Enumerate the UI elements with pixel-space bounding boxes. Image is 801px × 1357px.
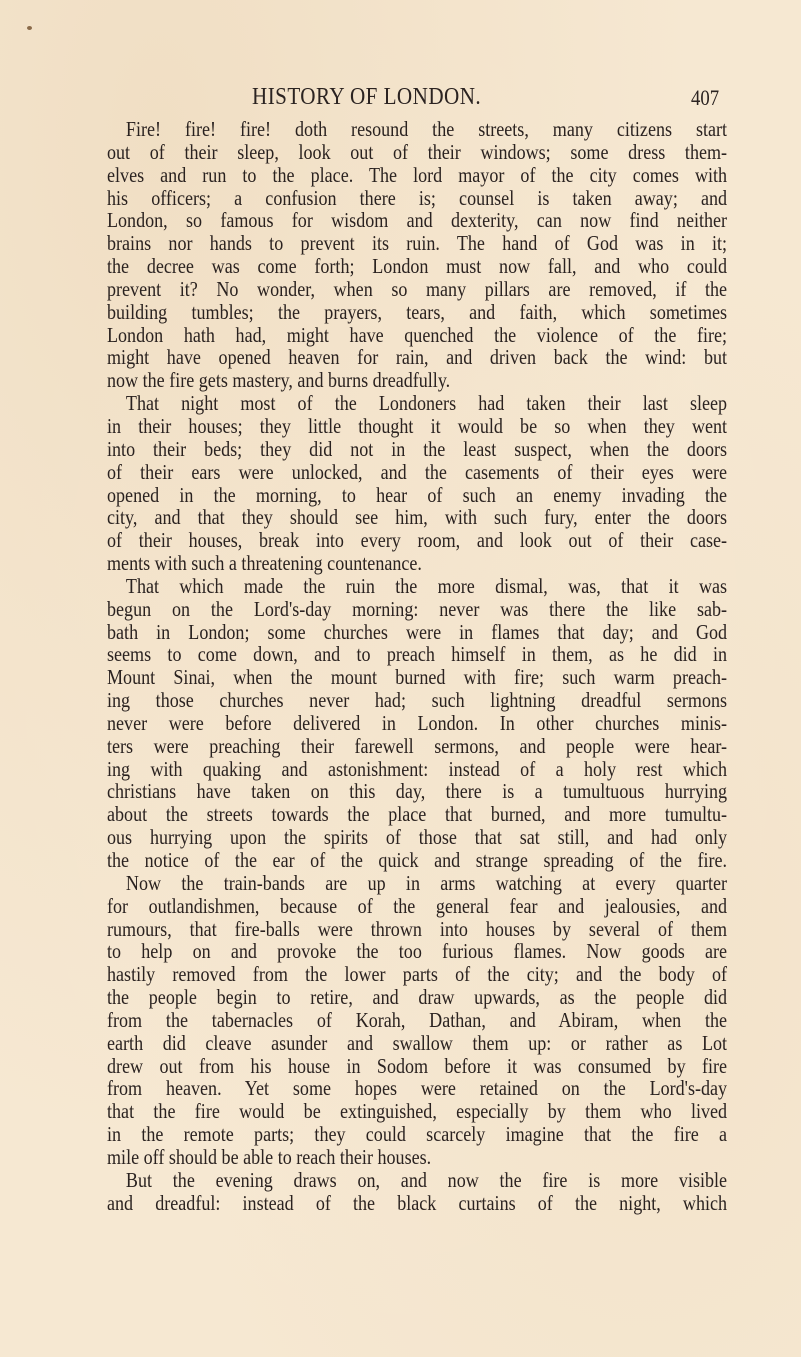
text-line: that the fire would be extinguished, esp… bbox=[107, 1100, 727, 1123]
text-line: ments with such a threatening countenanc… bbox=[107, 552, 727, 575]
text-line: the people begin to retire, and draw upw… bbox=[107, 986, 727, 1009]
text-line: Now the train-bands are up in arms watch… bbox=[107, 872, 727, 895]
text-line: mile off should be able to reach their h… bbox=[107, 1146, 727, 1169]
text-line: from heaven. Yet some hopes were retaine… bbox=[107, 1077, 727, 1100]
paragraph: But the evening draws on, and now the fi… bbox=[107, 1169, 727, 1215]
text-line: Mount Sinai, when the mount burned with … bbox=[107, 666, 727, 689]
page-header: HISTORY OF LONDON. 407 bbox=[0, 84, 801, 110]
text-line: London, so famous for wisdom and dexteri… bbox=[107, 209, 727, 232]
text-line: in the remote parts; they could scarcely… bbox=[107, 1123, 727, 1146]
text-line: seems to come down, and to preach himsel… bbox=[107, 643, 727, 666]
text-line: bath in London; some churches were in fl… bbox=[107, 621, 727, 644]
text-line: ing those churches never had; such light… bbox=[107, 689, 727, 712]
text-line: building tumbles; the prayers, tears, an… bbox=[107, 301, 727, 324]
text-line: and dreadful: instead of the black curta… bbox=[107, 1192, 727, 1215]
text-line: of their houses, break into every room, … bbox=[107, 529, 727, 552]
text-line: of their ears were unlocked, and the cas… bbox=[107, 461, 727, 484]
paragraph: Now the train-bands are up in arms watch… bbox=[107, 872, 727, 1169]
text-line: elves and run to the place. The lord may… bbox=[107, 164, 727, 187]
text-line: hastily removed from the lower parts of … bbox=[107, 963, 727, 986]
text-line: ters were preaching their farewell sermo… bbox=[107, 735, 727, 758]
text-line: ing with quaking and astonishment: inste… bbox=[107, 758, 727, 781]
text-line: brains nor hands to prevent its ruin. Th… bbox=[107, 232, 727, 255]
paragraph: Fire! fire! fire! doth resound the stree… bbox=[107, 118, 727, 392]
text-line: But the evening draws on, and now the fi… bbox=[107, 1169, 727, 1192]
text-line: That night most of the Londoners had tak… bbox=[107, 392, 727, 415]
text-line: earth did cleave asunder and swallow the… bbox=[107, 1032, 727, 1055]
text-line: to help on and provoke the too furious f… bbox=[107, 940, 727, 963]
text-line: into their beds; they did not in the lea… bbox=[107, 438, 727, 461]
text-line: prevent it? No wonder, when so many pill… bbox=[107, 278, 727, 301]
text-line: the notice of the ear of the quick and s… bbox=[107, 849, 727, 872]
text-line: London hath had, might have quenched the… bbox=[107, 324, 727, 347]
text-line: from the tabernacles of Korah, Dathan, a… bbox=[107, 1009, 727, 1032]
text-line: Fire! fire! fire! doth resound the stree… bbox=[107, 118, 727, 141]
paragraph: That night most of the Londoners had tak… bbox=[107, 392, 727, 575]
text-line: about the streets towards the place that… bbox=[107, 803, 727, 826]
text-line: for outlandishmen, because of the genera… bbox=[107, 895, 727, 918]
text-line: his officers; a confusion there is; coun… bbox=[107, 187, 727, 210]
text-line: drew out from his house in Sodom before … bbox=[107, 1055, 727, 1078]
text-line: out of their sleep, look out of their wi… bbox=[107, 141, 727, 164]
running-title: HISTORY OF LONDON. bbox=[252, 84, 481, 111]
text-line: rumours, that fire-balls were thrown int… bbox=[107, 918, 727, 941]
text-line: the decree was come forth; London must n… bbox=[107, 255, 727, 278]
paper-speck bbox=[27, 26, 32, 30]
body-text: Fire! fire! fire! doth resound the stree… bbox=[107, 118, 727, 1215]
text-line: begun on the Lord's-day morning: never w… bbox=[107, 598, 727, 621]
text-line: ous hurrying upon the spirits of those t… bbox=[107, 826, 727, 849]
text-line: city, and that they should see him, with… bbox=[107, 506, 727, 529]
text-line: never were before delivered in London. I… bbox=[107, 712, 727, 735]
paragraph: That which made the ruin the more dismal… bbox=[107, 575, 727, 872]
text-line: christians have taken on this day, there… bbox=[107, 780, 727, 803]
text-line: might have opened heaven for rain, and d… bbox=[107, 346, 727, 369]
text-line: opened in the morning, to hear of such a… bbox=[107, 484, 727, 507]
page-number: 407 bbox=[691, 85, 719, 111]
text-line: That which made the ruin the more dismal… bbox=[107, 575, 727, 598]
text-line: in their houses; they little thought it … bbox=[107, 415, 727, 438]
text-line: now the fire gets mastery, and burns dre… bbox=[107, 369, 727, 392]
